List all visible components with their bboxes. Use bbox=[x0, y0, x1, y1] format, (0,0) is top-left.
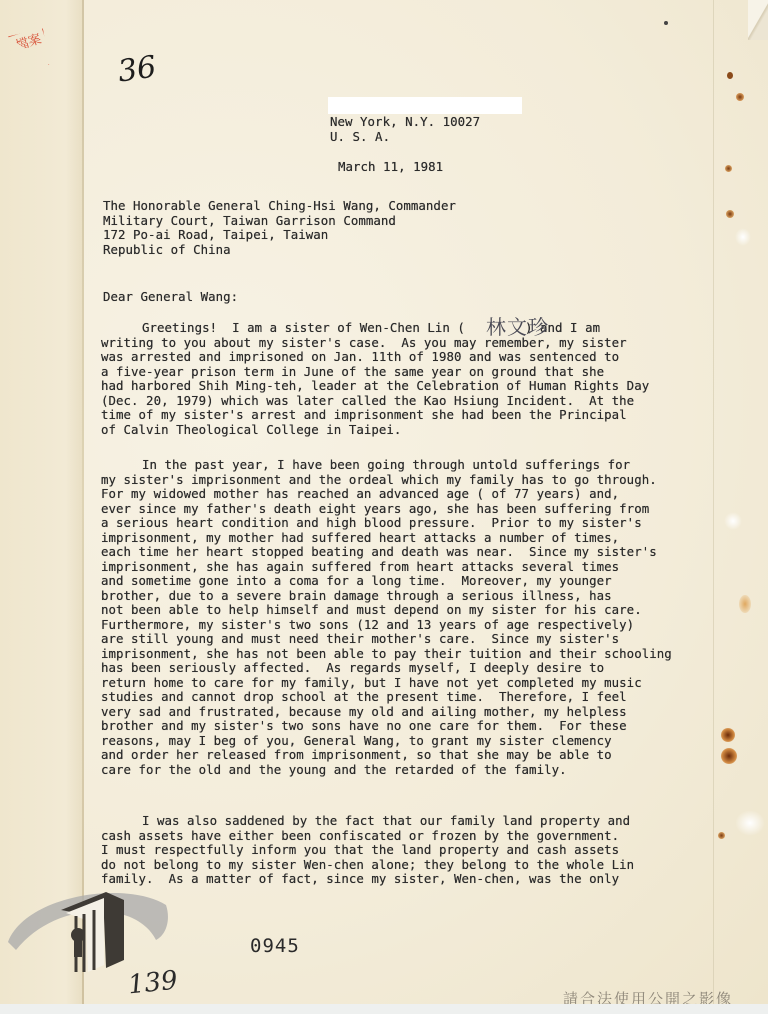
usage-watermark: 請合法使用公開之影像 bbox=[563, 988, 733, 1004]
text-line: writing to you about my sister's case. A… bbox=[101, 336, 649, 351]
rust-spot bbox=[736, 93, 744, 101]
rust-spot bbox=[727, 72, 733, 79]
text-line: I must respectfully inform you that the … bbox=[101, 843, 634, 858]
text-line: a serious heart condition and high blood… bbox=[101, 516, 672, 531]
text-line: Greetings! I am a sister of Wen-Chen Lin… bbox=[101, 321, 649, 336]
redacted-address bbox=[328, 97, 522, 114]
handwritten-archive-number: 139 bbox=[127, 965, 180, 1000]
text-line: do not belong to my sister Wen-chen alon… bbox=[101, 858, 634, 873]
text-line: are still young and must need their moth… bbox=[101, 632, 672, 647]
paper-damage bbox=[735, 810, 765, 836]
text-line: ever since my father's death eight years… bbox=[101, 502, 672, 517]
archive-book-keyhole-icon bbox=[6, 880, 176, 975]
text-line: time of my sister's arrest and imprisonm… bbox=[101, 408, 649, 423]
recipient-line: 172 Po-ai Road, Taipei, Taiwan bbox=[103, 228, 456, 243]
text-line: For my widowed mother has reached an adv… bbox=[101, 487, 672, 502]
text-line: imprisonment, she has not been able to p… bbox=[101, 647, 672, 662]
handwritten-chinese-name: 林文珍 bbox=[486, 311, 549, 340]
fold-line-left bbox=[82, 0, 84, 1004]
text-line: and sometime gone into a coma for a long… bbox=[101, 574, 672, 589]
fold-line-right bbox=[713, 0, 714, 1004]
letter-page: 檔案 36 New York, N.Y. 10027U. S. A. March… bbox=[0, 0, 768, 1004]
text-line: imprisonment, my mother had suffered hea… bbox=[101, 531, 672, 546]
text-line: I was also saddened by the fact that our… bbox=[101, 814, 634, 829]
text-line: family. As a matter of fact, since my si… bbox=[101, 872, 634, 887]
rust-spot bbox=[725, 165, 732, 172]
rust-spot bbox=[718, 832, 725, 839]
text-line: of Calvin Theological College in Taipei. bbox=[101, 423, 649, 438]
text-line: not been able to help himself and must d… bbox=[101, 603, 672, 618]
recipient-line: The Honorable General Ching-Hsi Wang, Co… bbox=[103, 199, 456, 214]
text-line: Furthermore, my sister's two sons (12 an… bbox=[101, 618, 672, 633]
text-line: and order her released from imprisonment… bbox=[101, 748, 672, 763]
salutation: Dear General Wang: bbox=[103, 290, 238, 305]
text-line: brother and my sister's two sons have no… bbox=[101, 719, 672, 734]
text-line: cash assets have either been confiscated… bbox=[101, 829, 634, 844]
text-line: studies and cannot drop school at the pr… bbox=[101, 690, 672, 705]
rust-spot bbox=[721, 728, 735, 742]
paper-damage bbox=[724, 512, 742, 530]
ink-dot bbox=[664, 21, 668, 25]
sender-address-line: U. S. A. bbox=[330, 130, 480, 145]
recipient-line: Military Court, Taiwan Garrison Command bbox=[103, 214, 456, 229]
text-line: (Dec. 20, 1979) which was later called t… bbox=[101, 394, 649, 409]
bottom-margin bbox=[0, 1004, 768, 1014]
text-line: imprisonment, she has again suffered fro… bbox=[101, 560, 672, 575]
rust-spot bbox=[726, 210, 734, 218]
text-line: a five-year prison term in June of the s… bbox=[101, 365, 649, 380]
paragraph-1: Greetings! I am a sister of Wen-Chen Lin… bbox=[101, 321, 649, 437]
left-margin-fold bbox=[0, 0, 82, 1004]
rust-spot bbox=[721, 748, 737, 764]
document-number: 0945 bbox=[250, 935, 300, 957]
text-line: has been seriously affected. As regards … bbox=[101, 661, 672, 676]
text-line: was arrested and imprisoned on Jan. 11th… bbox=[101, 350, 649, 365]
sender-address-line: New York, N.Y. 10027 bbox=[330, 115, 480, 130]
recipient-address: The Honorable General Ching-Hsi Wang, Co… bbox=[103, 199, 456, 257]
text-line: In the past year, I have been going thro… bbox=[101, 458, 672, 473]
corner-fold bbox=[748, 0, 768, 40]
sender-address: New York, N.Y. 10027U. S. A. bbox=[330, 115, 480, 144]
text-line: had harbored Shih Ming-teh, leader at th… bbox=[101, 379, 649, 394]
text-line: brother, due to a severe brain damage th… bbox=[101, 589, 672, 604]
text-line: each time her heart stopped beating and … bbox=[101, 545, 672, 560]
paragraph-3: I was also saddened by the fact that our… bbox=[101, 814, 634, 887]
text-line: reasons, may I beg of you, General Wang,… bbox=[101, 734, 672, 749]
text-line: very sad and frustrated, because my old … bbox=[101, 705, 672, 720]
text-line: care for the old and the young and the r… bbox=[101, 763, 672, 778]
text-line: my sister's imprisonment and the ordeal … bbox=[101, 473, 672, 488]
handwritten-page-number: 36 bbox=[116, 50, 159, 90]
paragraph-2: In the past year, I have been going thro… bbox=[101, 458, 672, 777]
paper-damage bbox=[735, 228, 751, 246]
recipient-line: Republic of China bbox=[103, 243, 456, 258]
stain-spot bbox=[739, 595, 751, 613]
text-line: return home to care for my family, but I… bbox=[101, 676, 672, 691]
letter-date: March 11, 1981 bbox=[338, 160, 443, 175]
